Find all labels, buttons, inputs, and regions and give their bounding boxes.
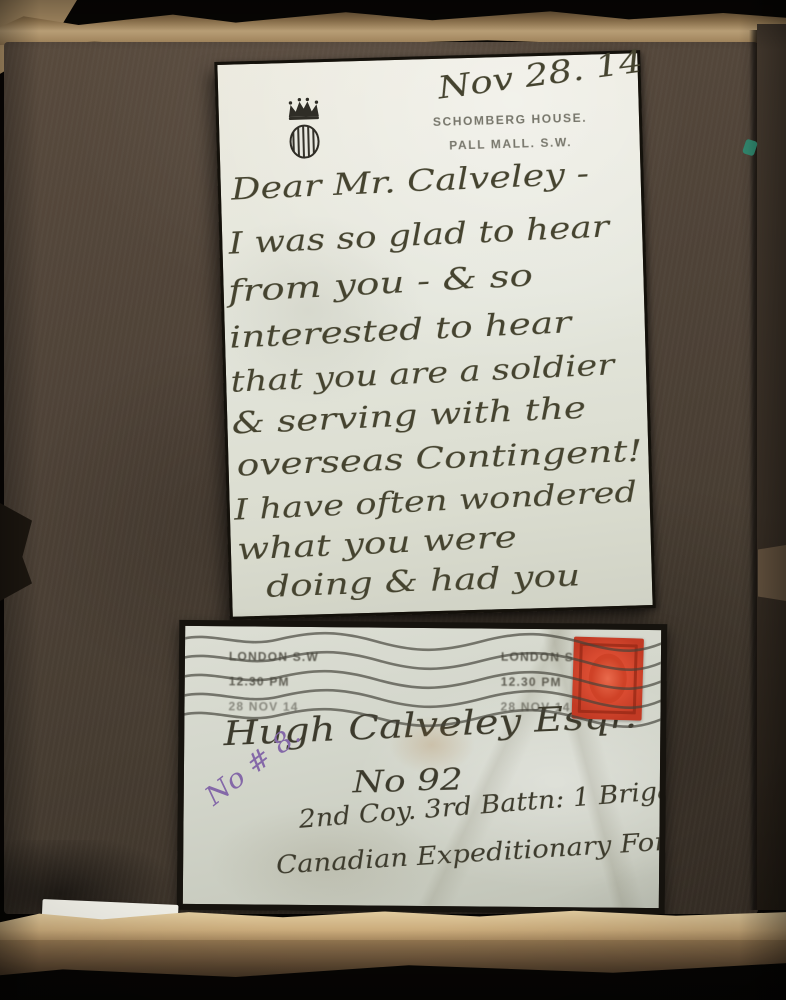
letter-body-line: from you - & so: [227, 258, 534, 309]
letter-body-line: what you were: [236, 520, 517, 568]
letter-body-line: interested to hear: [229, 305, 572, 355]
envelope: LONDON S.W 12.30 PM 28 NOV 14 LONDON S.W…: [177, 620, 668, 914]
envelope-address-line: No 92: [352, 762, 463, 800]
adjacent-page-edge: [757, 24, 786, 910]
letter-body-line: & serving with the: [231, 391, 587, 442]
letter-body-line: doing & had you: [265, 558, 580, 604]
letterhead-line2: PALL MALL. S.W.: [422, 134, 600, 153]
letter-body-line: I have often wondered: [233, 474, 637, 526]
crest-coronet-monogram-icon: [280, 94, 328, 170]
scrapbook-photo: Nov 28. 14 SCHOMBERG HOUSE. PALL MALL. S…: [0, 0, 786, 1000]
letter-body-line: I was so glad to hear: [228, 209, 610, 261]
cancellation-wavy-lines-icon: [184, 626, 661, 738]
torn-paper-edge-bottom-dark: [0, 940, 786, 982]
paper-tab: [758, 545, 786, 601]
envelope-address-line: Canadian Expeditionary Force: [275, 825, 667, 880]
letterhead-line1: SCHOMBERG HOUSE.: [415, 110, 605, 129]
envelope-address-line: 2nd Coy. 3rd Battn: 1 Brigade: [298, 773, 668, 834]
page-crease: [749, 30, 757, 910]
handwritten-letter: Nov 28. 14 SCHOMBERG HOUSE. PALL MALL. S…: [214, 50, 655, 620]
